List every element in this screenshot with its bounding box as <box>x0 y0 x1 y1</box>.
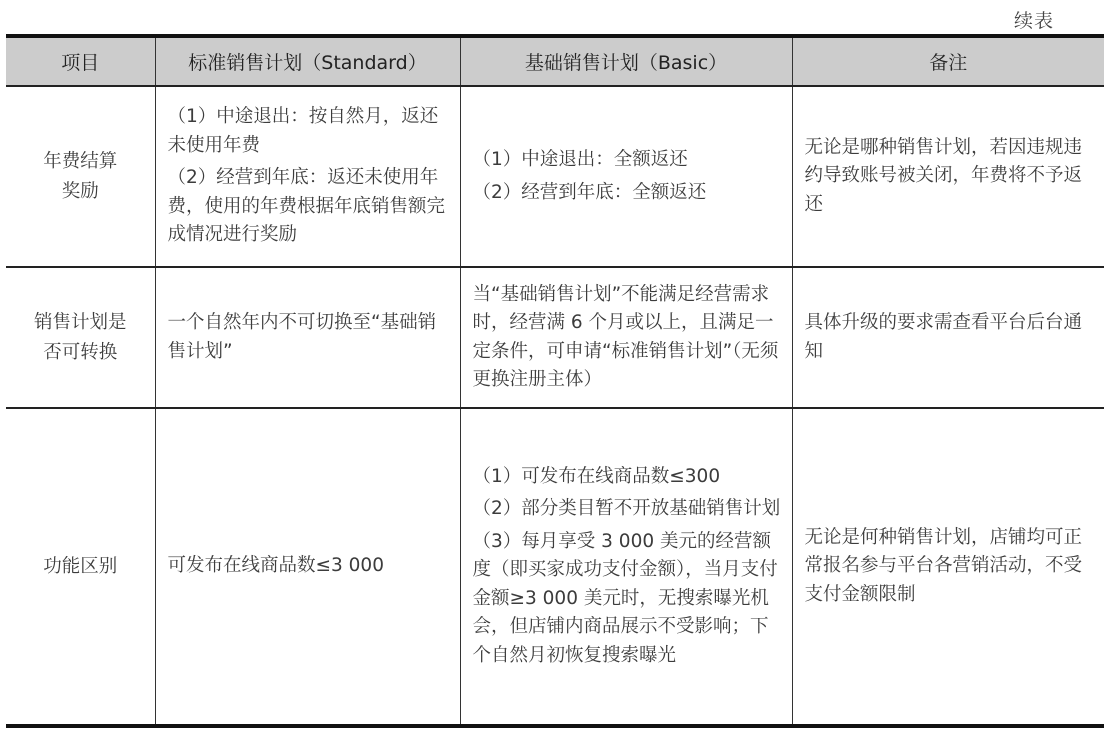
cell-item: 功能区别 <box>6 408 155 726</box>
cell-standard: 一个自然年内不可切换至“基础销售计划” <box>155 267 460 408</box>
item-line: 销售计划是 <box>16 308 145 338</box>
standard-point-2: （2）经营到年底：返还未使用年费，使用的年费根据年底销售额完成情况进行奖励 <box>168 164 450 250</box>
table-caption: 续表 <box>1014 6 1054 33</box>
sales-plan-comparison-table: 项目 标准销售计划（Standard） 基础销售计划（Basic） 备注 年费结… <box>6 34 1104 728</box>
table-row-annual-fee: 年费结算 奖励 （1）中途退出：按自然月，返还未使用年费 （2）经营到年底：返还… <box>6 86 1104 267</box>
cell-basic: （1）可发布在线商品数≤300 （2）部分类目暂不开放基础销售计划 （3）每月享… <box>460 408 792 726</box>
cell-note: 无论是哪种销售计划，若因违规违约导致账号被关闭，年费将不予返还 <box>792 86 1104 267</box>
cell-item: 销售计划是 否可转换 <box>6 267 155 408</box>
header-item: 项目 <box>6 36 155 86</box>
basic-point-2: （2）部分类目暂不开放基础销售计划 <box>473 495 782 524</box>
basic-point-1: （1）可发布在线商品数≤300 <box>473 463 782 492</box>
cell-standard: （1）中途退出：按自然月，返还未使用年费 （2）经营到年底：返还未使用年费，使用… <box>155 86 460 267</box>
cell-basic: （1）中途退出：全额返还 （2）经营到年底：全额返还 <box>460 86 792 267</box>
item-line: 否可转换 <box>16 338 145 368</box>
header-notes: 备注 <box>792 36 1104 86</box>
note-text: 具体升级的要求需查看平台后台通知 <box>805 309 1095 366</box>
table-row-plan-conversion: 销售计划是 否可转换 一个自然年内不可切换至“基础销售计划” 当“基础销售计划”… <box>6 267 1104 408</box>
note-text: 无论是哪种销售计划，若因违规违约导致账号被关闭，年费将不予返还 <box>805 134 1095 220</box>
cell-basic: 当“基础销售计划”不能满足经营需求时，经营满 6 个月或以上，且满足一定条件，可… <box>460 267 792 408</box>
basic-point-2: （2）经营到年底：全额返还 <box>473 179 782 208</box>
basic-point-3: （3）每月享受 3 000 美元的经营额度（即买家成功支付金额），当月支付金额≥… <box>473 528 782 671</box>
item-line: 年费结算 <box>16 147 145 177</box>
standard-text: 可发布在线商品数≤3 000 <box>168 552 450 581</box>
table-header-row: 项目 标准销售计划（Standard） 基础销售计划（Basic） 备注 <box>6 36 1104 86</box>
cell-note: 具体升级的要求需查看平台后台通知 <box>792 267 1104 408</box>
note-text: 无论是何种销售计划，店铺均可正常报名参与平台各营销活动，不受支付金额限制 <box>805 524 1095 610</box>
header-standard-plan: 标准销售计划（Standard） <box>155 36 460 86</box>
basic-point-1: （1）中途退出：全额返还 <box>473 146 782 175</box>
cell-item: 年费结算 奖励 <box>6 86 155 267</box>
standard-text: 一个自然年内不可切换至“基础销售计划” <box>168 309 450 366</box>
table-row-feature-difference: 功能区别 可发布在线商品数≤3 000 （1）可发布在线商品数≤300 （2）部… <box>6 408 1104 726</box>
item-line: 功能区别 <box>16 552 145 582</box>
standard-point-1: （1）中途退出：按自然月，返还未使用年费 <box>168 103 450 160</box>
cell-note: 无论是何种销售计划，店铺均可正常报名参与平台各营销活动，不受支付金额限制 <box>792 408 1104 726</box>
item-line: 奖励 <box>16 177 145 207</box>
header-basic-plan: 基础销售计划（Basic） <box>460 36 792 86</box>
cell-standard: 可发布在线商品数≤3 000 <box>155 408 460 726</box>
basic-text: 当“基础销售计划”不能满足经营需求时，经营满 6 个月或以上，且满足一定条件，可… <box>473 281 782 395</box>
